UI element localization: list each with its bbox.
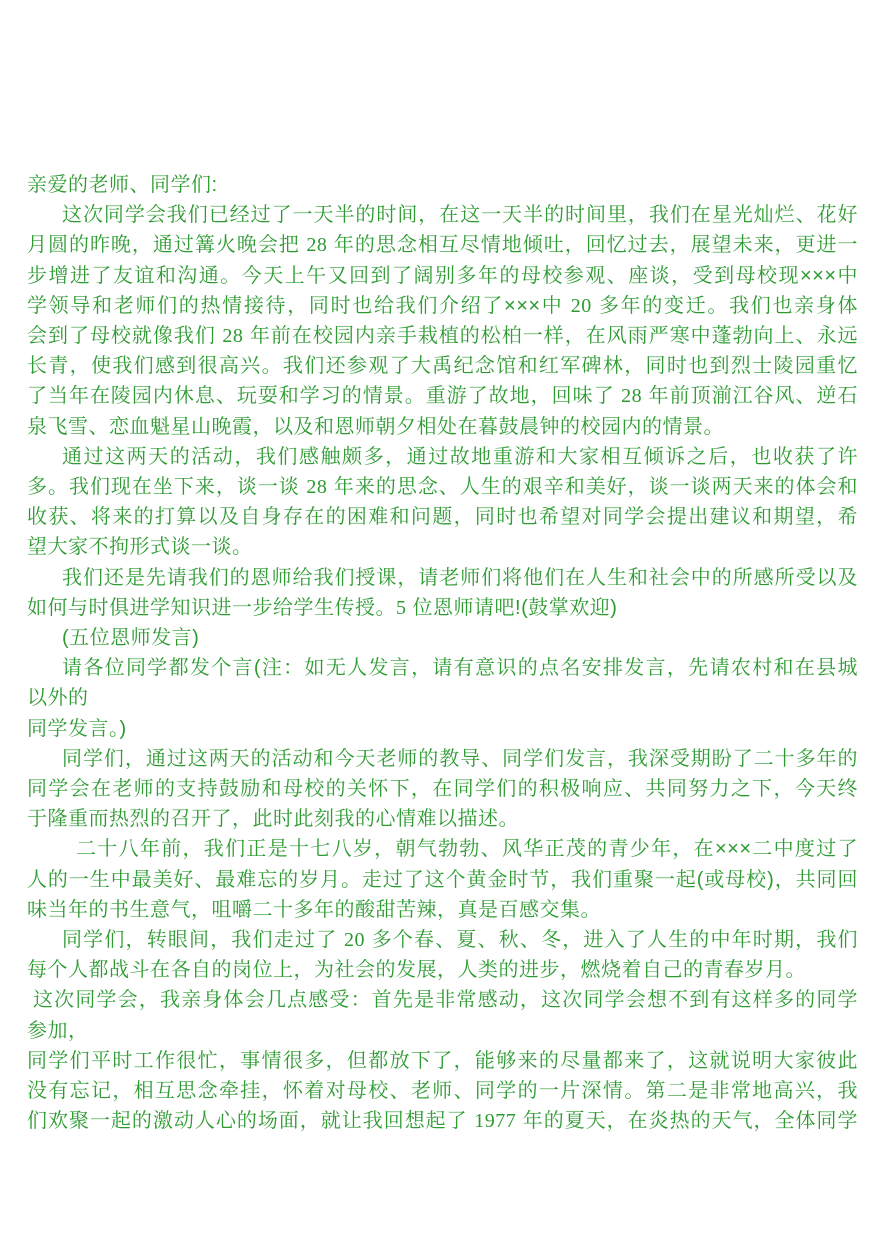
text-line: 同学会在老师的支持鼓励和母校的关怀下，在同学们的积极响应、共同努力之下，今天终: [27, 774, 858, 804]
document-page: 亲爱的老师、同学们:这次同学会我们已经过了一天半的时间，在这一天半的时间里，我们…: [0, 0, 884, 1250]
text-line: 没有忘记，相互思念牵挂，怀着对母校、老师、同学的一片深情。第二是非常地高兴，我: [27, 1076, 858, 1106]
serif-number: 1977: [474, 1110, 516, 1132]
serif-number: 28: [306, 476, 327, 498]
text-line: 步增进了友谊和沟通。今天上午又回到了阔别多年的母校参观、座谈，受到母校现×××中: [27, 261, 858, 291]
text-line: 请各位同学都发个言(注：如无人发言，请有意识的点名安排发言，先请农村和在县城: [27, 653, 858, 683]
text-line: 味当年的书生意气，咀嚼二十多年的酸甜苦辣，真是百感交集。: [27, 895, 858, 925]
text-line: 这次同学会，我亲身体会几点感受：首先是非常感动，这次同学会想不到有这样多的同学: [27, 985, 858, 1015]
text-line: 人的一生中最美好、最难忘的岁月。走过了这个黄金时节，我们重聚一起(或母校)，共同…: [27, 865, 858, 895]
text-line: 们欢聚一起的激动人心的场面，就让我回想起了 1977 年的夏天，在炎热的天气，全…: [27, 1106, 858, 1136]
text-line: 同学发言。): [27, 714, 858, 744]
text-line: 如何与时俱进学知识进一步给学生传授。5 位恩师请吧!(鼓掌欢迎): [27, 593, 858, 623]
document-text: 亲爱的老师、同学们:这次同学会我们已经过了一天半的时间，在这一天半的时间里，我们…: [0, 0, 884, 1137]
text-line: 望大家不拘形式谈一谈。: [27, 532, 858, 562]
text-line: 二十八年前，我们正是十七八岁，朝气勃勃、风华正茂的青少年，在×××二中度过了: [27, 834, 858, 864]
text-line: 同学们平时工作很忙，事情很多，但都放下了，能够来的尽量都来了，这就说明大家彼此: [27, 1046, 858, 1076]
text-line: 我们还是先请我们的恩师给我们授课，请老师们将他们在人生和社会中的所感所受以及: [27, 563, 858, 593]
serif-number: 28: [621, 385, 642, 407]
text-line: 泉飞雪、恋血魁星山晚霞，以及和恩师朝夕相处在暮鼓晨钟的校园内的情景。: [27, 412, 858, 442]
text-line: 通过这两天的活动，我们感触颇多，通过故地重游和大家相互倾诉之后，也收获了许: [27, 442, 858, 472]
serif-number: 5: [396, 597, 407, 619]
serif-number: 20: [344, 929, 365, 951]
text-line: 以外的: [27, 683, 858, 713]
text-line: 了当年在陵园内休息、玩耍和学习的情景。重游了故地，回味了 28 年前顶湔江谷风、…: [27, 381, 858, 411]
text-line: 学领导和老师们的热情接待，同时也给我们介绍了×××中 20 多年的变迁。我们也亲…: [27, 291, 858, 321]
text-line: 于隆重而热烈的召开了，此时此刻我的心情难以描述。: [27, 804, 858, 834]
text-line: 同学们，通过这两天的活动和今天老师的教导、同学们发言，我深受期盼了二十多年的: [27, 744, 858, 774]
text-line: 收获、将来的打算以及自身存在的困难和问题，同时也希望对同学会提出建议和期望，希: [27, 502, 858, 532]
text-line: 每个人都战斗在各自的岗位上，为社会的发展，人类的进步，燃烧着自己的青春岁月。: [27, 955, 858, 985]
serif-number: 20: [571, 295, 592, 317]
text-line: 长青，使我们感到很高兴。我们还参观了大禹纪念馆和红军碑林，同时也到烈士陵园重忆: [27, 351, 858, 381]
text-line: 参加，: [27, 1016, 858, 1046]
text-line: (五位恩师发言): [27, 623, 858, 653]
text-line: 同学们，转眼间，我们走过了 20 多个春、夏、秋、冬，进入了人生的中年时期，我们: [27, 925, 858, 955]
serif-number: 28: [306, 234, 327, 256]
serif-number: 28: [222, 325, 243, 347]
text-line: 月圆的昨晚，通过篝火晚会把 28 年的思念相互尽情地倾吐，回忆过去，展望未来，更…: [27, 230, 858, 260]
text-line: 多。我们现在坐下来，谈一谈 28 年来的思念、人生的艰辛和美好，谈一谈两天来的体…: [27, 472, 858, 502]
text-line: 亲爱的老师、同学们:: [27, 170, 858, 200]
text-line: 会到了母校就像我们 28 年前在校园内亲手栽植的松柏一样，在风雨严寒中蓬勃向上、…: [27, 321, 858, 351]
text-line: 这次同学会我们已经过了一天半的时间，在这一天半的时间里，我们在星光灿烂、花好: [27, 200, 858, 230]
